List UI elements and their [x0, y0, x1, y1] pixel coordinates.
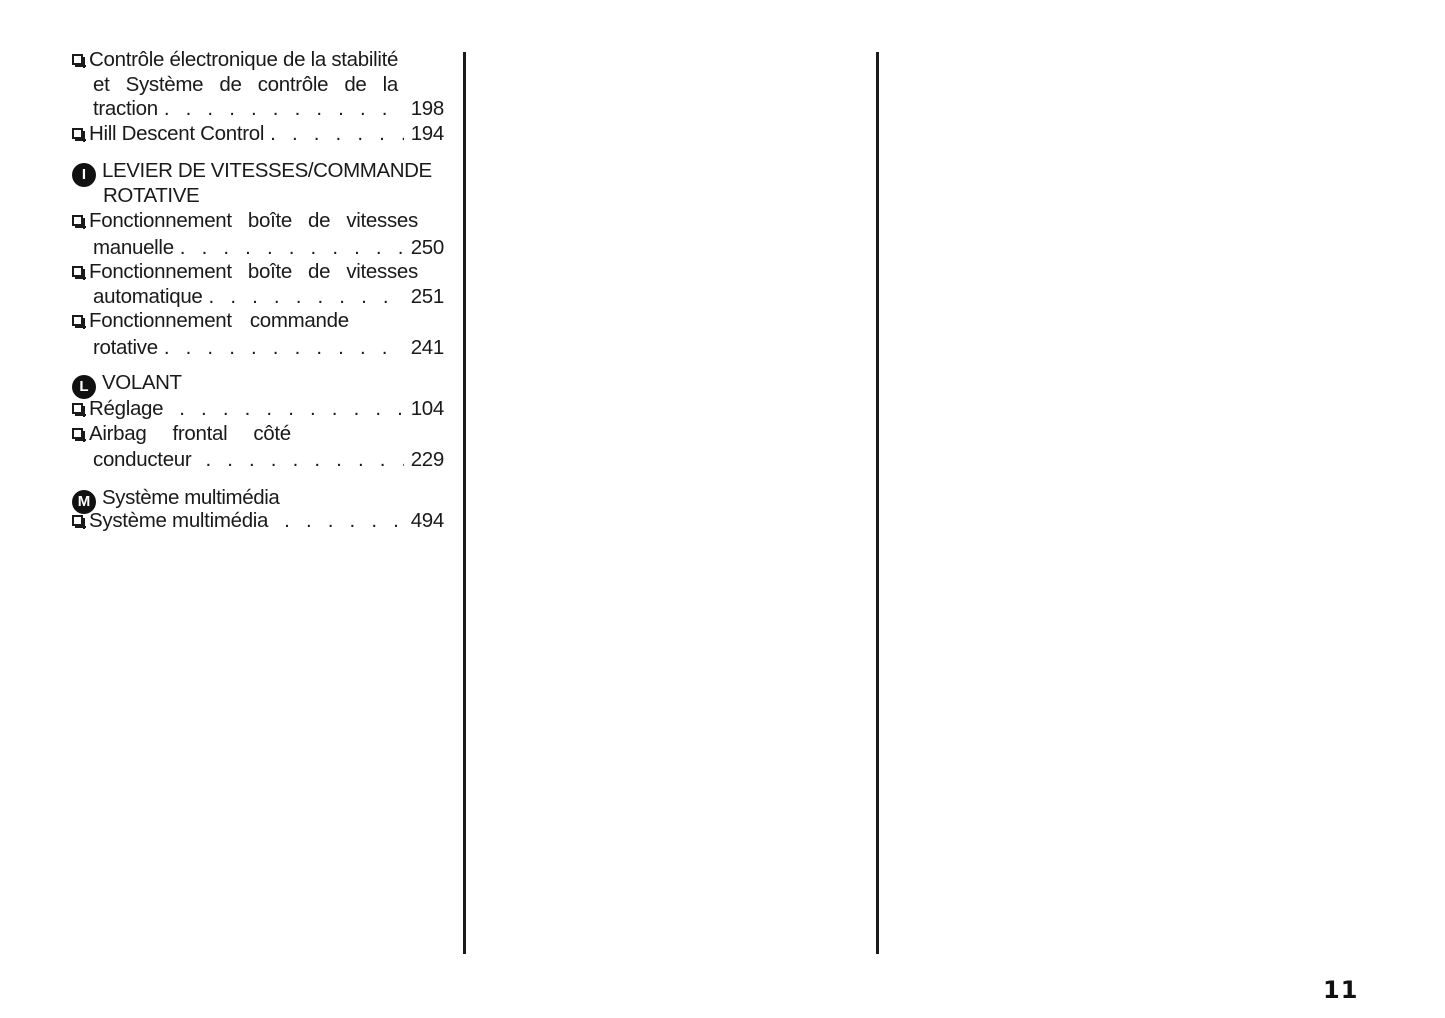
page-ref[interactable]: 241: [408, 336, 444, 361]
index-entry[interactable]: Fonctionnement commande rotative. . . . …: [72, 309, 444, 360]
page-ref[interactable]: 229: [408, 448, 444, 473]
page-ref[interactable]: 251: [408, 285, 444, 310]
page-ref[interactable]: 104: [408, 397, 444, 422]
entry-label: Fonctionnement: [89, 209, 232, 232]
checkbox-bullet-icon: [72, 266, 83, 277]
dot-leader: . . . . . . . . . . . . . . . . . . . . …: [205, 448, 404, 473]
section-title: Système multimédia: [102, 485, 279, 511]
dot-leader: . . . . . . . . . . . . . . . . . . . . …: [179, 397, 404, 422]
index-entry[interactable]: Fonctionnement boîte de vitesses manuell…: [72, 209, 444, 260]
section-letter-badge-icon: M: [72, 490, 96, 514]
checkbox-bullet-icon: [72, 315, 83, 326]
page-ref[interactable]: 494: [408, 509, 444, 534]
entry-label: et: [93, 73, 110, 98]
checkbox-bullet-icon: [72, 54, 83, 65]
page-ref[interactable]: 198: [408, 97, 444, 122]
dot-leader: . . . . . . . . . . . . . . . . . . . . …: [270, 122, 404, 147]
dot-leader: . . . . . . . . . . . . . . . . . . . . …: [284, 509, 404, 534]
entry-label: vitesses: [346, 209, 418, 234]
entry-label: Contrôle électronique de la stabilité: [89, 48, 398, 73]
index-entry[interactable]: Hill Descent Control. . . . . . . . . . …: [72, 122, 444, 147]
index-column: Contrôle électronique de la stabilité et…: [72, 48, 444, 533]
entry-label: de: [219, 73, 241, 98]
section-title: VOLANT: [102, 370, 182, 396]
column-divider: [463, 52, 466, 954]
entry-label: de: [344, 73, 366, 98]
section-heading: LVOLANT: [72, 370, 444, 397]
index-entry[interactable]: Système multimédia. . . . . . . . . . . …: [72, 509, 444, 534]
entry-label: conducteur: [93, 448, 191, 473]
page-ref[interactable]: 194: [408, 122, 444, 147]
entry-label: Système multimédia: [89, 509, 268, 534]
entry-label: de: [308, 209, 330, 234]
entry-label: Système: [126, 73, 204, 98]
entry-label: la: [383, 73, 398, 98]
section-letter-badge-icon: L: [72, 375, 96, 399]
entry-label: vitesses: [346, 260, 418, 285]
dot-leader: . . . . . . . . . . . . . . . . . . . . …: [209, 285, 404, 310]
entry-label: boîte: [248, 260, 292, 285]
entry-label: contrôle: [258, 73, 329, 98]
checkbox-bullet-icon: [72, 515, 83, 526]
checkbox-bullet-icon: [72, 428, 83, 439]
dot-leader: . . . . . . . . . . . . . . . . . . . . …: [164, 97, 404, 122]
entry-label: frontal: [172, 422, 227, 447]
index-entry[interactable]: Fonctionnement boîte de vitesses automat…: [72, 260, 444, 309]
entry-label: manuelle: [93, 236, 174, 261]
checkbox-bullet-icon: [72, 403, 83, 414]
section-heading: MSystème multimédia: [72, 485, 444, 512]
index-entry[interactable]: Contrôle électronique de la stabilité et…: [72, 48, 444, 122]
section-heading: ILEVIER DE VITESSES/COMMANDE ROTATIVE: [72, 158, 444, 209]
section-title: LEVIER DE VITESSES/COMMANDE: [102, 158, 432, 184]
page-number: 11: [1323, 976, 1358, 1004]
dot-leader: . . . . . . . . . . . . . . . . . . . . …: [180, 236, 404, 261]
section-letter-badge-icon: I: [72, 163, 96, 187]
entry-label: boîte: [248, 209, 292, 234]
entry-label: de: [308, 260, 330, 285]
entry-label: Airbag: [89, 422, 146, 445]
entry-label: rotative: [93, 336, 158, 361]
entry-label: Hill Descent Control: [89, 122, 264, 147]
index-entry[interactable]: Airbag frontal côté conducteur. . . . . …: [72, 422, 444, 473]
index-entry[interactable]: Réglage. . . . . . . . . . . . . . . . .…: [72, 397, 444, 422]
checkbox-bullet-icon: [72, 215, 83, 226]
dot-leader: . . . . . . . . . . . . . . . . . . . . …: [164, 336, 404, 361]
entry-label: Fonctionnement: [89, 309, 232, 332]
entry-label: commande: [250, 309, 349, 334]
entry-label: traction: [93, 97, 158, 122]
checkbox-bullet-icon: [72, 128, 83, 139]
entry-label: côté: [253, 422, 291, 447]
entry-label: automatique: [93, 285, 203, 310]
entry-label: Réglage: [89, 397, 163, 422]
column-divider: [876, 52, 879, 954]
entry-label: Fonctionnement: [89, 260, 232, 283]
page-ref[interactable]: 250: [408, 236, 444, 261]
section-title: ROTATIVE: [103, 183, 199, 209]
